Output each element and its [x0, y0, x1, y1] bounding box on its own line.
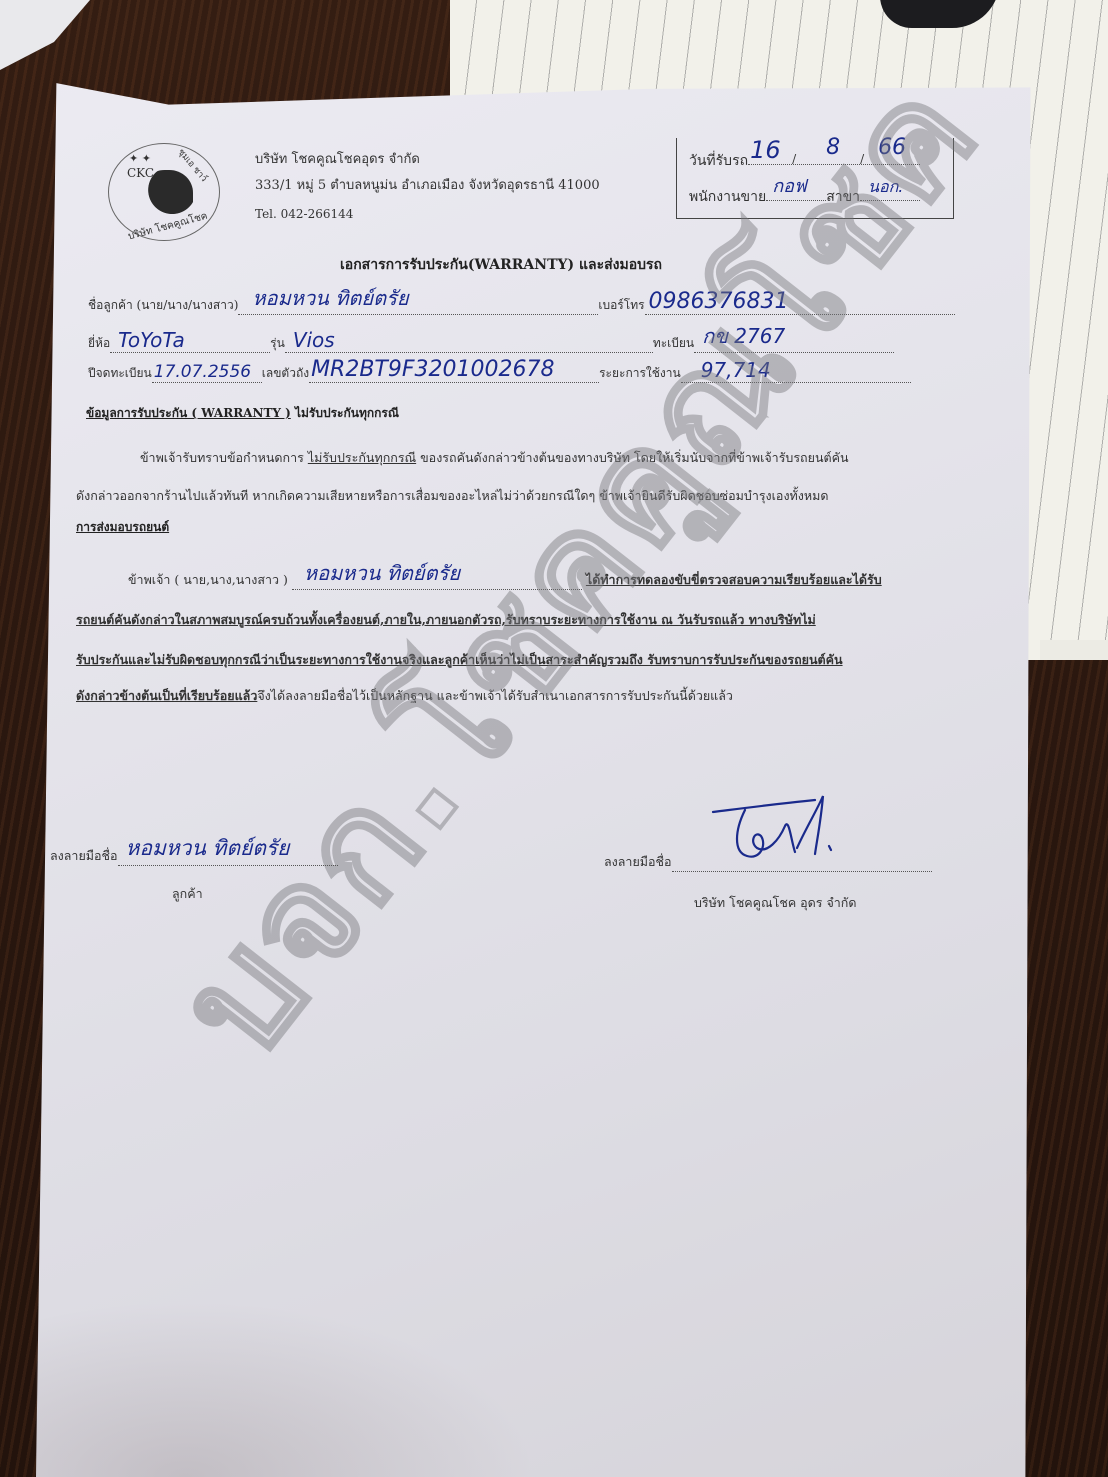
chassis-label: เลขตัวถัง	[262, 366, 309, 380]
company-caption: บริษัท โชคคูณโชค อุดร จำกัด	[694, 893, 857, 913]
company-address: 333/1 หมู่ 5 ตำบลหนูม่น อำเภอเมือง จังหว…	[255, 174, 600, 195]
reg-year-label: ปีจดทะเบียน	[88, 366, 152, 380]
customer-signature-field[interactable]: หอมหวน ทิตย์ตรัย	[118, 847, 338, 866]
model-label: รุ่น	[270, 336, 285, 350]
customer-caption: ลูกค้า	[172, 884, 203, 904]
brand-field[interactable]: ToYoTa	[110, 334, 270, 353]
stars-icon: ✦ ✦	[129, 152, 151, 165]
company-signature-scribble-icon	[705, 790, 855, 870]
company-logo: ✦ ✦ CKC ชุมเอ ชาว์ บริษัท โชคคูณโชค	[108, 143, 220, 241]
customer-signature-row: ลงลายมือชื่อ หอมหวน ทิตย์ตรัย	[50, 846, 338, 866]
document-title: เอกสารการรับประกัน(WARRANTY) และส่งมอบรถ	[340, 254, 662, 276]
brand-label: ยี่ห้อ	[88, 336, 110, 350]
company-name: บริษัท โชคคูณโชคอุดร จำกัด	[255, 148, 420, 169]
document-content: ✦ ✦ CKC ชุมเอ ชาว์ บริษัท โชคคูณโชค บริษ…	[0, 0, 1108, 1477]
reg-year-field[interactable]: 17.07.2556	[152, 364, 262, 383]
customer-label: ชื่อลูกค้า (นาย/นาง/นางสาว)	[88, 298, 238, 312]
warranty-heading: ข้อมูลการรับประกัน ( WARRANTY ) ไม่รับปร…	[86, 404, 399, 423]
delivery-heading: การส่งมอบรถยนต์	[76, 518, 169, 537]
customer-name-field[interactable]: หอมหวน ทิตย์ตรัย	[238, 296, 598, 315]
horse-logo-icon	[141, 170, 193, 220]
company-tel: Tel. 042-266144	[255, 207, 353, 221]
chassis-field[interactable]: MR2BT9F3201002678	[309, 364, 599, 383]
